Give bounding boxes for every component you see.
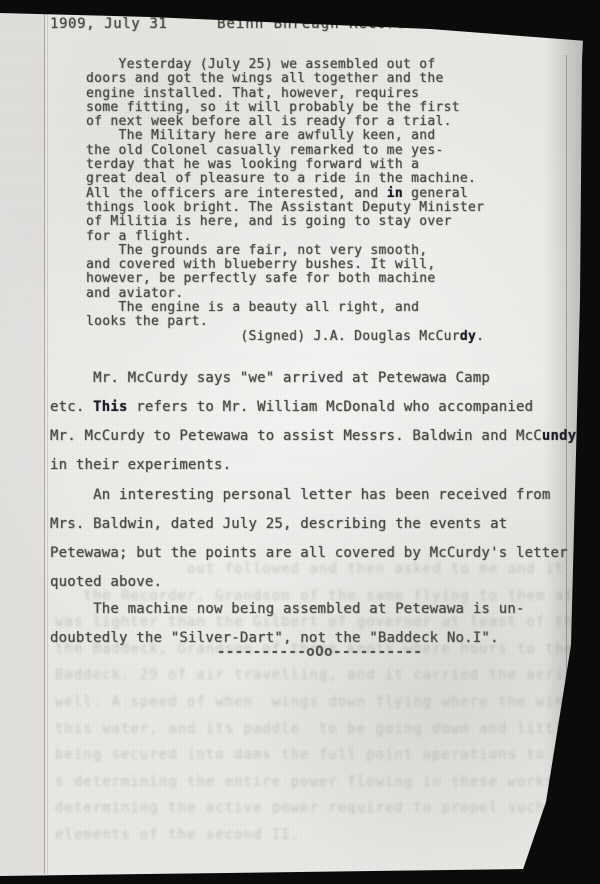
page-gutter (0, 0, 44, 884)
typed-line: however, be perfectly safe for both mach… (86, 272, 484, 286)
ghost-line: elements of the second II. (55, 822, 555, 849)
overtyped-correction: This (93, 399, 128, 415)
typed-line: in their experiments. (50, 451, 576, 480)
overtyped-correction: in (387, 186, 403, 201)
note-paragraph-2: An interesting personal letter has been … (50, 481, 568, 597)
typed-line: All the officers are interested, and in … (86, 187, 484, 201)
typed-line: (Signed) J.A. Douglas McCurdy. (86, 330, 484, 344)
typed-line: Mrs. Baldwin, dated July 25, describing … (50, 510, 568, 539)
typed-line: An interesting personal letter has been … (50, 481, 568, 510)
ghost-line: well. A speed of when wings down flying … (55, 689, 555, 716)
letter-body: Yesterday (July 25) we assembled out ofd… (86, 58, 484, 344)
typed-line: engine installed. That, however, require… (86, 87, 484, 101)
typed-line: of Militia is here, and is going to stay… (86, 215, 484, 229)
ghost-line: determining the active power required to… (55, 795, 555, 822)
typed-line: The grounds are fair, not very smooth, (86, 244, 484, 258)
typed-line: for a flight. (86, 230, 484, 244)
header-date: 1909, July 31 (50, 16, 167, 32)
ghost-line: being secured into dams the full point o… (55, 742, 555, 769)
typed-line: great deal of pleasure to a ride in the … (86, 172, 484, 186)
section-divider: ----------oOo---------- (217, 644, 422, 660)
page-edge-line-inner (47, 12, 48, 874)
ghost-line: Baddeck. 29 of air travelling, and it ca… (55, 662, 555, 689)
page-edge-line (44, 12, 45, 874)
typed-line: The machine now being assembled at Petew… (50, 595, 525, 624)
note-paragraph-1: Mr. McCurdy says "we" arrived at Petewaw… (50, 364, 576, 480)
typed-line: looks the part. (86, 315, 484, 329)
typed-line: Mr. McCurdy says "we" arrived at Petewaw… (50, 364, 576, 393)
typed-line: and aviator. (86, 287, 484, 301)
ghost-line: this water, and its paddle to be going d… (55, 716, 555, 743)
typed-line: etc. This refers to Mr. William McDonald… (50, 393, 576, 422)
ghost-line: s determining the entire power flowing i… (55, 769, 555, 796)
typed-line: doors and got the wings all together and… (86, 72, 484, 86)
typed-line: the old Colonel casually remarked to me … (86, 144, 484, 158)
typed-line: Petewawa; but the points are all covered… (50, 539, 568, 568)
scanned-page: out followed and then asked to me and it… (0, 0, 600, 884)
typed-line: Mr. McCurdy to Petewawa to assist Messrs… (50, 422, 576, 451)
typed-line: The Military here are awfully keen, and (86, 129, 484, 143)
typed-line: quoted above. (50, 568, 568, 597)
overtyped-correction: dy (460, 329, 476, 344)
